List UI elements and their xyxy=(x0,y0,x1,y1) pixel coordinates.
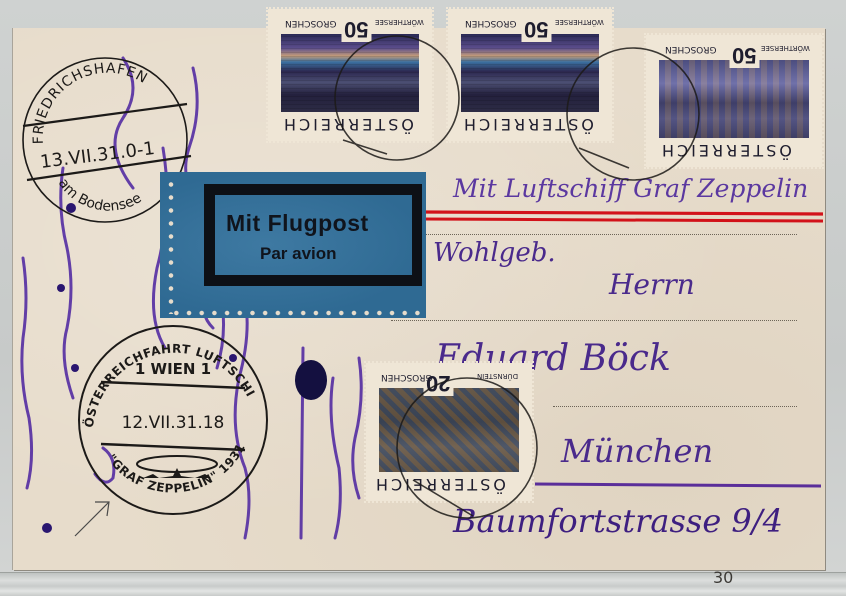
handwritten-city: München xyxy=(561,432,713,470)
postmark-date: 13.VII.31.0-1 xyxy=(39,138,156,173)
zeppelin-icon xyxy=(137,456,217,478)
address-line-2 xyxy=(391,320,797,321)
stamp-20-groschen: 20 GROSCHEN DÜRNSTEIN ÖSTERREICH xyxy=(369,366,529,498)
stamp-50-groschen-2: 50 GROSCHEN WÖRTHERSEE ÖSTERREICH xyxy=(451,12,609,138)
handwritten-street: Baumfortstrasse 9/4 xyxy=(453,502,783,540)
airmail-label-line2: Par avion xyxy=(260,244,337,264)
postmark-date: 12.VII.31.18 xyxy=(122,413,225,433)
svg-text:am Bodensee: am Bodensee xyxy=(55,175,145,214)
stamp-50-groschen-1: 50 GROSCHEN WÖRTHERSEE ÖSTERREICH xyxy=(271,12,429,138)
postmark-top-text: FRIEDRICHSHAFEN xyxy=(31,61,151,145)
postmark-wien-graf-zeppelin: ÖSTERREICHFAHRT LUFTSCHIFF "GRAF ZEPPELI… xyxy=(73,316,273,516)
stamp-50-groschen-3: 50 GROSCHEN WÖRTHERSEE ÖSTERREICH xyxy=(649,38,819,164)
svg-text:FRIEDRICHSHAFEN: FRIEDRICHSHAFEN xyxy=(31,61,151,145)
postmark-city: 1 WIEN 1 xyxy=(135,360,211,378)
violet-underline xyxy=(533,480,823,490)
red-underline xyxy=(421,204,825,228)
postcard: Mit Luftschiff Graf Zeppelin Wohlgeb. He… xyxy=(13,28,825,570)
pencil-note: 30 xyxy=(713,568,733,587)
address-line-1 xyxy=(421,234,797,235)
handwritten-route: Mit Luftschiff Graf Zeppelin xyxy=(453,174,808,203)
address-line-3 xyxy=(553,406,797,407)
airmail-label-line1: Mit Flugpost xyxy=(226,210,369,237)
handwritten-prefix: Wohlgeb. xyxy=(433,238,556,268)
postmark-bottom-text: am Bodensee xyxy=(55,175,145,214)
airmail-label: Mit Flugpost Par avion xyxy=(160,172,426,318)
ink-blot xyxy=(295,360,327,400)
handwritten-salutation: Herrn xyxy=(609,268,695,301)
